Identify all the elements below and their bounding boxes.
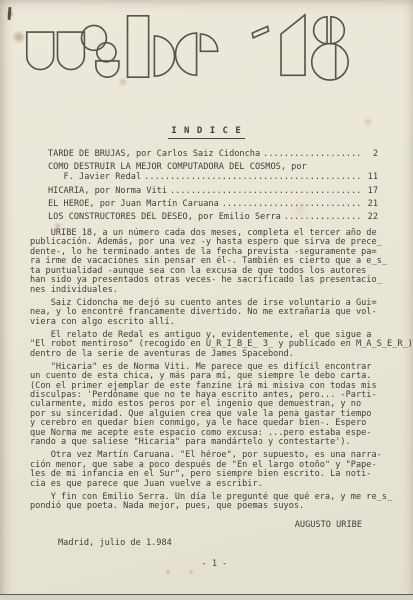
logo-digit-1 <box>281 15 305 75</box>
toc-entry: EL HEROE, por Juan Martín Caruana ......… <box>48 200 378 210</box>
toc-page-number: 21 <box>365 200 378 210</box>
toc-entry: LOS CONSTRUCTORES DEL DESEO, por Emilio … <box>48 213 378 223</box>
paragraph-5: Otra vez Martín Caruana. "El héroe", por… <box>30 451 396 489</box>
toc-entry: TARDE DE BRUJAS, por Carlos Saiz Cidonch… <box>48 150 378 160</box>
dateline: Madrid, julio de 1.984 <box>58 538 172 548</box>
page-number: - 1 - <box>8 559 413 569</box>
table-of-contents: TARDE DE BRUJAS, por Carlos Saiz Cidonch… <box>48 150 378 226</box>
logo-b-bowl <box>154 36 174 76</box>
toc-leader-dots: ........................................… <box>170 187 362 197</box>
scanned-page: I N D I C E TARDE DE BRUJAS, por Carlos … <box>0 0 413 600</box>
paragraph-6: Y fin con Emilio Serra. Un día le pregun… <box>30 493 396 512</box>
paragraph-3: El relato de Redal es antiguo y, evident… <box>30 331 396 359</box>
toc-entry-title: LOS CONSTRUCTORES DEL DESEO, por Emilio … <box>48 213 281 223</box>
logo-digit-1-flag <box>252 26 268 38</box>
logo-e-wedge <box>200 34 217 51</box>
toc-leader-dots: ........................................… <box>222 200 362 210</box>
logo-8-top-left <box>314 17 327 44</box>
index-heading-text: I N D I C E <box>168 126 245 139</box>
editorial-text: URIBE 18, a un número cada dos meses, co… <box>30 229 396 515</box>
toc-entry-title-line1: COMO DESTRUIR LA MEJOR COMPUTADORA DEL C… <box>48 163 378 173</box>
logo-i-dot-bottom <box>97 43 116 62</box>
logo-letter-r <box>57 32 84 69</box>
pen-mark <box>8 7 11 20</box>
toc-leader-dots: ........................................… <box>144 173 362 183</box>
logo-letter-e <box>175 33 196 75</box>
logo-8-top-right <box>331 17 344 44</box>
toc-entry-title: TARDE DE BRUJAS, por Carlos Saiz Cidonch… <box>48 150 260 160</box>
logo-letter-u <box>27 32 54 69</box>
toc-page-number: 2 <box>365 150 378 160</box>
toc-leader-dots: ........................................… <box>263 150 362 160</box>
toc-page-number: 11 <box>365 173 378 183</box>
index-heading: I N D I C E <box>0 126 413 139</box>
logo-b-stem <box>128 16 149 77</box>
author-signature: AUGUSTO URIBE <box>0 520 362 530</box>
logo-i-dot-top <box>81 25 106 50</box>
toc-entry: HICARIA, por Norma Viti ................… <box>48 187 378 197</box>
paragraph-1: URIBE 18, a un número cada dos meses, co… <box>30 229 396 295</box>
paragraph-2: Saiz Cidoncha me dejó su cuento antes de… <box>30 299 396 327</box>
scan-edge <box>0 594 413 600</box>
toc-leader-dots: ........................................… <box>284 213 362 223</box>
toc-entry-title: HICARIA, por Norma Viti <box>48 187 167 197</box>
paragraph-4: "Hicaria" es de Norma Viti. Me parece qu… <box>30 363 396 448</box>
toc-page-number: 17 <box>365 187 378 197</box>
logo-letter-i <box>96 61 119 77</box>
toc-entry-title: EL HEROE, por Juan Martín Caruana <box>48 200 219 210</box>
toc-entry: F. Javier Redal ........................… <box>48 173 378 183</box>
logo-8-bottom <box>312 44 348 80</box>
toc-entry-title: F. Javier Redal <box>48 173 141 183</box>
uribe-18-logo <box>22 6 352 87</box>
toc-page-number: 22 <box>365 213 378 223</box>
